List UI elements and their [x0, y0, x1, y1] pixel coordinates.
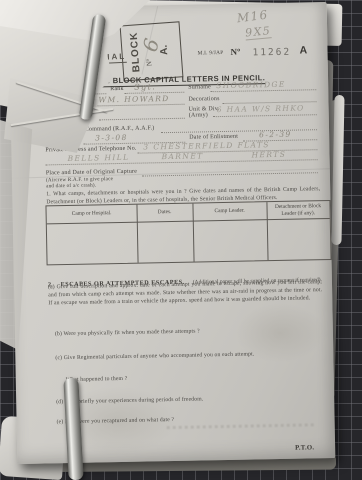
dotted-line — [99, 118, 185, 121]
table-header-camp: Camp or Hospital. — [46, 205, 136, 224]
block-stamp-letter: A. — [158, 40, 170, 61]
dotted-line — [161, 129, 317, 133]
rank-label: Rank — [110, 86, 124, 92]
surname-value: SHOOBRIDGE — [216, 80, 286, 90]
christian-names-value: WM. HOWARD — [98, 94, 169, 104]
capture-note-line2: and date of a/c crash). — [46, 182, 96, 189]
serial-number-stamp: 11262 — [252, 47, 291, 59]
rank-value: Sgt. — [134, 82, 156, 91]
pto-label: P.T.O. — [295, 444, 314, 451]
surname-label: Surname — [188, 84, 211, 90]
table-header-detachment-leader: Detachment or Block Leader (if any). — [266, 201, 329, 219]
decorations-label: Decorations — [188, 96, 219, 103]
table-header-camp-leader: Camp Leader. — [192, 202, 266, 220]
date-of-birth-value: 3-3-08 — [95, 133, 128, 143]
page-edge-strip — [331, 95, 344, 245]
pencil-annotation-1: M16 — [236, 8, 269, 26]
enlistment-value: 6-2-39 — [259, 130, 292, 140]
table-header-dates: Dates. — [136, 204, 192, 222]
unit-label-line2: (Army) — [189, 112, 208, 118]
address-value-line2: BELLS HILL — [67, 153, 129, 163]
enlistment-label: Date of Enlistment — [189, 134, 238, 141]
serial-suffix-letter: A — [299, 44, 307, 56]
camps-table: Camp or Hospital. Dates. Camp Leader. De… — [45, 200, 331, 265]
unit-div-value: 6 HAA W/S RHKO — [217, 103, 305, 114]
serial-no-label: Nº — [230, 47, 240, 57]
question-2c-followup-text: What happened to them ? — [66, 373, 266, 385]
photo-of-document-on-cutting-mat: M16 9X5 BLOCK Nº 6 A. CONFIDENTIAL M.I. … — [0, 0, 362, 480]
mi9-office-label: M.I. 9/JAP — [198, 50, 224, 56]
address-value-line4: HERTS — [251, 150, 286, 160]
dotted-line — [213, 114, 317, 117]
pencil-annotation-2: 9X5 — [245, 24, 272, 40]
address-value-line3: BARNET — [161, 151, 203, 161]
